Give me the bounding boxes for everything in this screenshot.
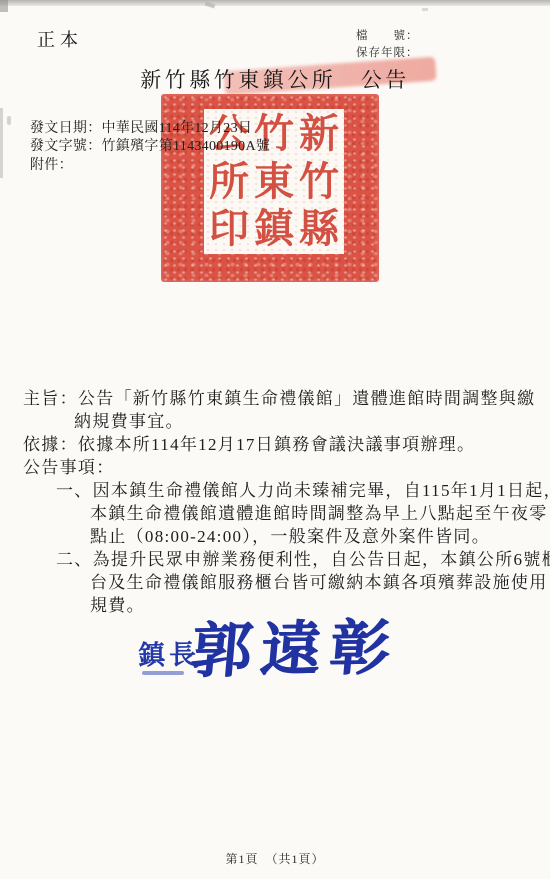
seal-character: 竹 xyxy=(297,159,341,205)
issue-meta: 發文日期：中華民國114年12月23日 發文字號：竹鎮殯字第1143400190… xyxy=(30,120,270,175)
scan-speck xyxy=(422,8,428,11)
mayor-signature: 郭遠彰 xyxy=(188,600,403,690)
page-footer: 第1頁 （共1頁） xyxy=(0,850,550,867)
scan-edge-band xyxy=(0,0,550,6)
announcement-body: 主旨：公告「新竹縣竹東鎮生命禮儀館」遺體進館時間調整與繳納規費事宜。依據：依據本… xyxy=(0,387,550,617)
retention-label: 保存年限： xyxy=(356,45,419,62)
seal-character: 鎮 xyxy=(252,206,296,252)
body-line: 本鎮生命禮儀館遺體進館時間調整為早上八點起至午夜零 xyxy=(0,502,550,525)
copy-type-label: 正本 xyxy=(37,26,83,52)
seal-character: 縣 xyxy=(297,206,341,252)
attachment-label: 附件： xyxy=(30,158,73,173)
signature-block: 鎮長 郭遠彰 xyxy=(0,598,550,698)
scan-corner-mark xyxy=(0,0,8,12)
seal-column: 新竹縣 xyxy=(297,111,341,252)
attachment-line: 附件： xyxy=(30,157,270,175)
signature-ink-smudge xyxy=(142,671,184,675)
document-title: 新竹縣竹東鎮公所 公告 xyxy=(0,64,550,94)
scan-edge-mark xyxy=(7,116,11,125)
issue-date-line: 發文日期：中華民國114年12月23日 xyxy=(30,120,270,138)
seal-character: 印 xyxy=(207,206,251,252)
body-line: 點止（08:00-24:00），一般案件及意外案件皆同。 xyxy=(0,525,550,548)
issue-date-label: 發文日期： xyxy=(30,121,102,136)
seal-character: 新 xyxy=(297,111,341,157)
file-number-block: 檔 號： 保存年限： xyxy=(356,28,419,62)
scan-edge-mark xyxy=(0,108,3,178)
doc-number-value: 竹鎮殯字第1143400190A號 xyxy=(102,139,271,154)
file-number-label: 檔 號： xyxy=(356,28,419,45)
body-line: 納規費事宜。 xyxy=(0,410,550,433)
body-line: 二、為提升民眾申辦業務便利性，自公告日起，本鎮公所6號櫃 xyxy=(0,548,550,571)
body-line: 依據：依據本所114年12月17日鎮務會議決議事項辦理。 xyxy=(0,433,550,456)
body-line: 台及生命禮儀館服務櫃台皆可繳納本鎮各項殯葬設施使用 xyxy=(0,571,550,594)
doc-number-label: 發文字號： xyxy=(30,139,102,154)
body-line: 公告事項： xyxy=(0,456,550,479)
document-page: 正本 檔 號： 保存年限： 新竹縣竹東鎮公所 公告 發文日期：中華民國114年1… xyxy=(0,0,550,879)
doc-number-line: 發文字號：竹鎮殯字第1143400190A號 xyxy=(30,138,270,156)
body-line: 主旨：公告「新竹縣竹東鎮生命禮儀館」遺體進館時間調整與繳 xyxy=(0,387,550,410)
issue-date-value: 中華民國114年12月23日 xyxy=(102,121,253,136)
body-line: 一、因本鎮生命禮儀館人力尚未臻補完畢，自115年1月1日起， xyxy=(0,479,550,502)
